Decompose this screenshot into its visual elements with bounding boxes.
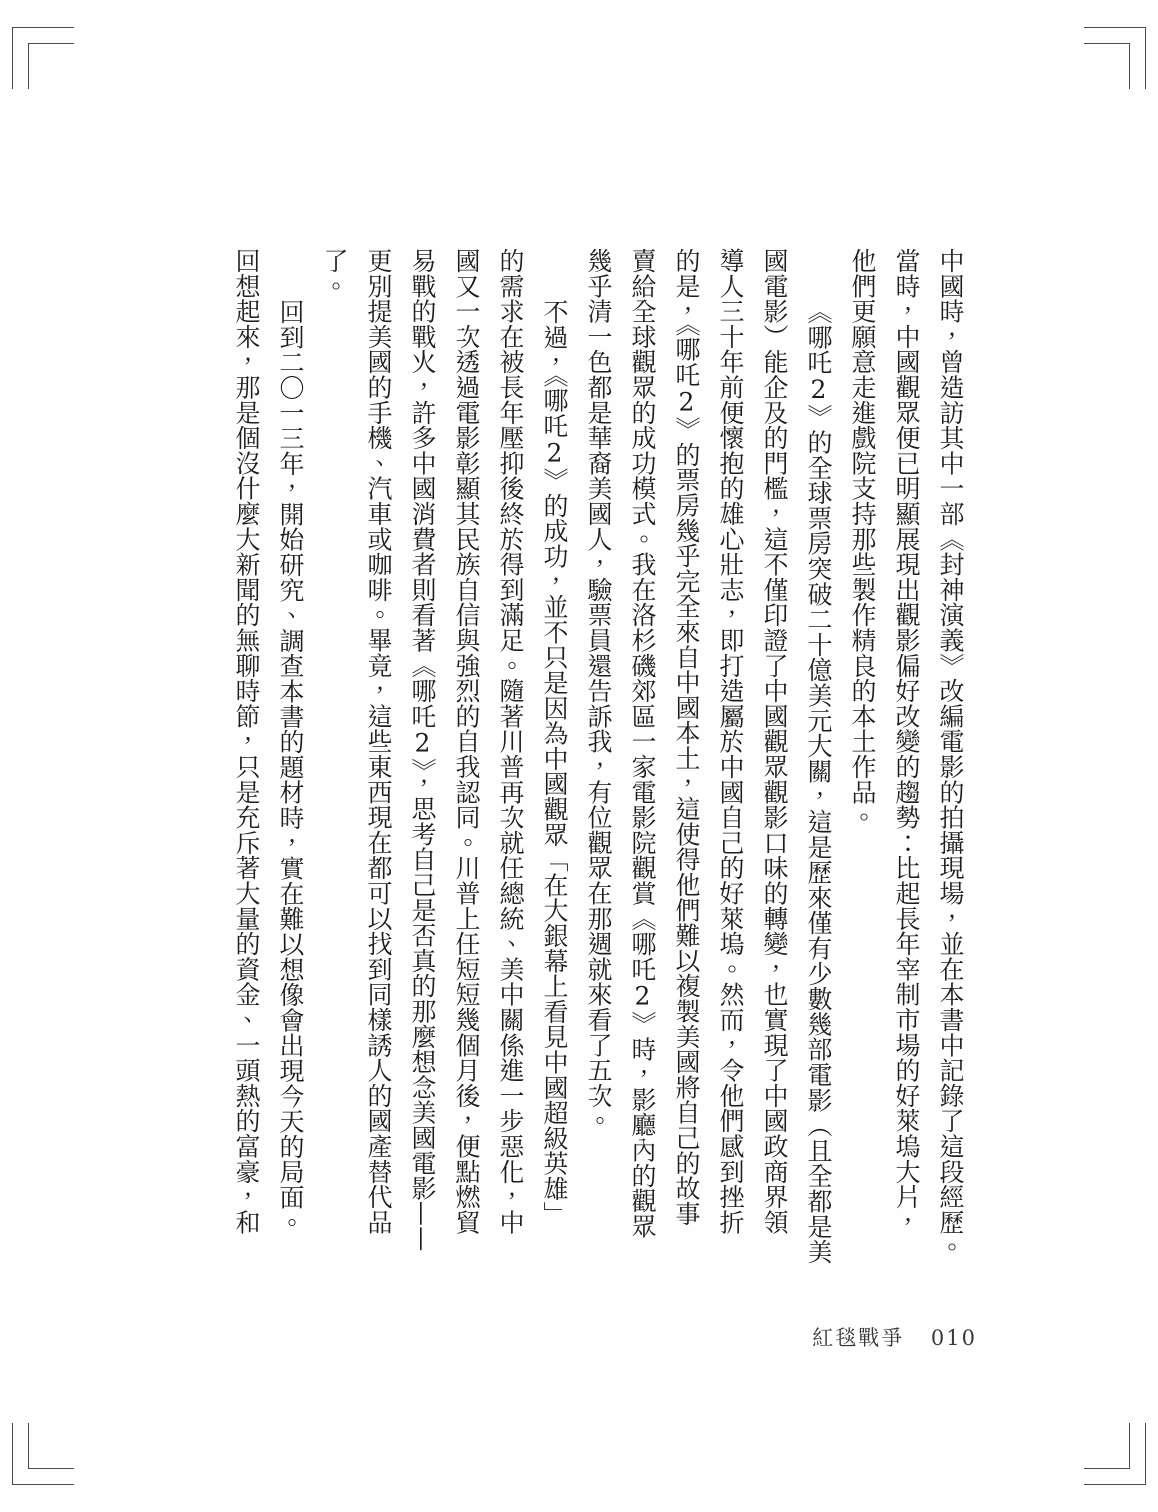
text-column: 導人三十年前便懷抱的雄心壯志，即打造屬於中國自己的好萊塢。然而，令他們感到挫折: [708, 248, 752, 1262]
text-block: 中國時，曾造訪其中一部《封神演義》改編電影的拍攝現場，並在本書中記錄了這段經歷。…: [224, 248, 972, 1264]
text-column: 國電影）能企及的門檻，這不僅印證了中國觀眾觀影口味的轉變，也實現了中國政商界領: [752, 248, 796, 1262]
text-column: 的需求在被長年壓抑後終於得到滿足。隨著川普再次就任總統、美中關係進一步惡化，中: [488, 248, 532, 1262]
text-column: 回想起來，那是個沒什麼大新聞的無聊時節，只是充斥著大量的資金、一頭熱的富豪，和: [224, 248, 268, 1262]
text-column: 國又一次透過電影彰顯其民族自信與強烈的自我認同。川普上任短短幾個月後，便點燃貿: [444, 248, 488, 1262]
text-column: 易戰的戰火，許多中國消費者則看著《哪吒2》，思考自己是否真的那麼想念美國電影——: [400, 248, 444, 1262]
text-column: 當時，中國觀眾便已明顯展現出觀影偏好改變的趨勢：比起長年宰制市場的好萊塢大片，: [884, 248, 928, 1262]
footer-book-title: 紅毯戰爭: [812, 1326, 904, 1350]
crop-mark-bottom-left: [12, 1405, 92, 1485]
text-column: 不過，《哪吒2》的成功，並不只是因為中國觀眾「在大銀幕上看見中國超級英雄」: [532, 248, 576, 1262]
page-footer: 紅毯戰爭 010: [812, 1322, 977, 1352]
footer-page-number: 010: [931, 1326, 977, 1350]
text-column: 回到二〇一三年，開始研究、調查本書的題材時，實在難以想像會出現今天的局面。: [268, 248, 312, 1262]
crop-mark-top-left: [12, 27, 92, 107]
crop-mark-top-right: [1066, 27, 1146, 107]
text-column: 幾乎清一色都是華裔美國人，驗票員還告訴我，有位觀眾在那週就來看了五次。: [576, 248, 620, 1262]
text-column: 的是，《哪吒2》的票房幾乎完全來自中國本土，這使得他們難以複製美國將自己的故事: [664, 248, 708, 1262]
text-column: 《哪吒2》的全球票房突破二十億美元大關，這是歷來僅有少數幾部電影（且全都是美: [796, 248, 840, 1262]
text-column: 他們更願意走進戲院支持那些製作精良的本土作品。: [840, 248, 884, 1262]
crop-mark-bottom-right: [1066, 1405, 1146, 1485]
text-column: 更別提美國的手機、汽車或咖啡。畢竟，這些東西現在都可以找到同樣誘人的國產替代品: [356, 248, 400, 1262]
book-page: { "page": { "paragraphs": [ { "indent": …: [0, 0, 1158, 1512]
text-column: 了。: [312, 248, 356, 1262]
text-column: 賣給全球觀眾的成功模式。我在洛杉磯郊區一家電影院觀賞《哪吒2》時，影廳內的觀眾: [620, 248, 664, 1262]
text-column: 中國時，曾造訪其中一部《封神演義》改編電影的拍攝現場，並在本書中記錄了這段經歷。: [928, 248, 972, 1262]
